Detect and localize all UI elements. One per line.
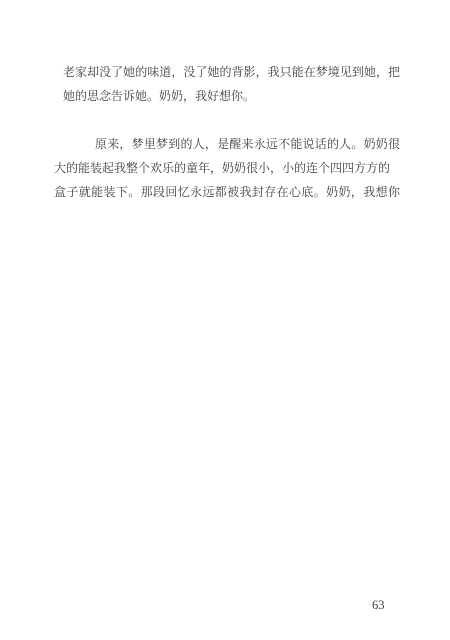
text-line: 盒子就能装下。那段回忆永远都被我封存在心底。奶奶，我想你了。 xyxy=(54,180,400,204)
document-page: 老家却没了她的味道，没了她的背影，我只能在梦境见到她，把对 她的思念告诉她。奶奶… xyxy=(0,0,450,640)
paragraph-spacer xyxy=(0,108,450,132)
page-body: 老家却没了她的味道，没了她的背影，我只能在梦境见到她，把对 她的思念告诉她。奶奶… xyxy=(0,60,450,204)
paragraph-final: 原来，梦里梦到的人，是醒来永远不能说话的人。奶奶很大， 大的能装起我整个欢乐的童… xyxy=(54,132,400,204)
text-line: 老家却没了她的味道，没了她的背影，我只能在梦境见到她，把对 xyxy=(63,60,400,84)
text-line: 原来，梦里梦到的人，是醒来永远不能说话的人。奶奶很大， xyxy=(54,132,400,156)
text-line: 大的能装起我整个欢乐的童年，奶奶很小，小的连个四四方方的小 xyxy=(54,156,390,180)
paragraph-continuation: 老家却没了她的味道，没了她的背影，我只能在梦境见到她，把对 她的思念告诉她。奶奶… xyxy=(63,60,400,108)
page-number: 63 xyxy=(372,598,385,612)
text-line: 她的思念告诉她。奶奶，我好想你。 xyxy=(63,84,400,108)
